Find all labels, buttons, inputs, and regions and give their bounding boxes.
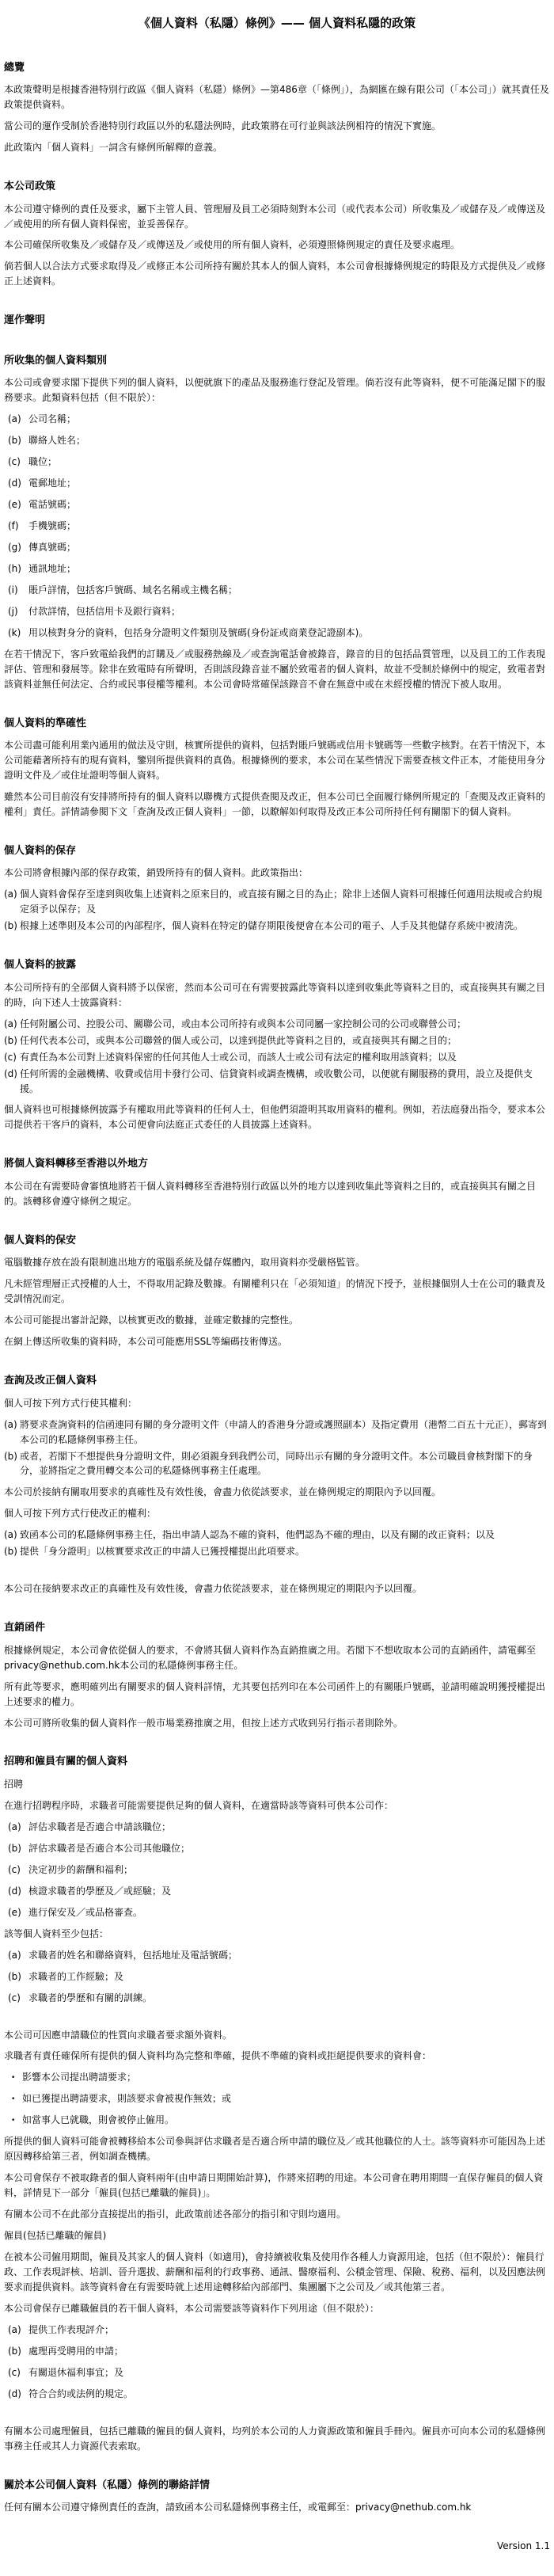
paragraph: 雖然本公司目前沒有安排將所持有的個人資料以聯機方式提供查閱及改正，但本公司已全面… <box>4 790 550 820</box>
item-label: (a) <box>4 1017 20 1032</box>
paragraph: 根據條例規定，本公司會依從個人的要求，不會將其個人資料作為直銷推廣之用。若閣下不… <box>4 1643 550 1673</box>
item-label: (b) <box>4 1033 20 1048</box>
list-item: (c)決定初步的薪酬和福利； <box>4 1863 550 1878</box>
item-text: 電郵地址； <box>28 476 550 491</box>
item-text: 求職者的姓名和聯絡資料，包括地址及電話號碼； <box>28 1948 550 1963</box>
list-item: (e)進行保安及／或品格審查。 <box>4 1905 550 1920</box>
section-heading: 個人資料的披露 <box>4 957 550 974</box>
item-label: (a) <box>4 1417 20 1433</box>
section: 將個人資料轉移至香港以外地方本公司在有需要時會審慎地將若干個人資料轉移至香港特別… <box>4 1156 550 1208</box>
section-heading: 直銷函件 <box>4 1620 550 1637</box>
list-item: (b)評估求職者是否適合本公司其他職位； <box>4 1841 550 1856</box>
list-item: (b)根據上述準則及本公司的內部程序，個人資料在特定的儲存期限後便會在本公司的電… <box>4 919 550 934</box>
paragraph: 此政策內「個人資料」一詞含有條例所解釋的意義。 <box>4 140 550 155</box>
version-label: Version 1.1 <box>4 2539 550 2554</box>
list-item: (a)求職者的姓名和聯絡資料，包括地址及電話號碼； <box>4 1948 550 1963</box>
item-text: 個人資料會保存至達到與收集上述資料之原來目的，或直接有關之目的為止；除非上述個人… <box>20 887 550 917</box>
list-item: (d)符合合約或法例的規定。 <box>4 2387 550 2402</box>
paragraph: 本公司確保所收集及／或儲存及／或傳送及／或使用的所有個人資料，必須遵照條例規定的… <box>4 238 550 253</box>
item-label: (a) <box>8 1820 28 1835</box>
section: 直銷函件根據條例規定，本公司會依從個人的要求，不會將其個人資料作為直銷推廣之用。… <box>4 1620 550 1730</box>
list-item: (g)傳真號碼； <box>4 540 550 555</box>
list-item: (b)任何代表本公司，或與本公司聯營的個人或公司，以達到提供此等資料之目的，或直… <box>4 1033 550 1048</box>
item-text: 根據上述準則及本公司的內部程序，個人資料在特定的儲存期限後便會在本公司的電子、人… <box>20 919 550 934</box>
section-heading: 關於本公司個人資料（私隱）條例的聯絡詳情 <box>4 2478 550 2494</box>
list-item: •影響本公司提出聘請要求； <box>4 2070 550 2085</box>
paragraph: 在網上傳送所收集的資料時，本公司可能應用SSL等編碼技術傳送。 <box>4 1334 550 1349</box>
item-text: 處理再受聘用的申請； <box>28 2344 550 2359</box>
item-text: 職位； <box>28 455 550 470</box>
item-text: 或者，若閣下不想提供身分證明文件，則必須親身到我們公司，同時出示有關的身分證明文… <box>20 1449 550 1479</box>
list-item: (b)或者，若閣下不想提供身分證明文件，則必須親身到我們公司，同時出示有關的身分… <box>4 1449 550 1479</box>
list-item: (a)公司名稱； <box>4 412 550 427</box>
paragraph: 所有此等要求，應明確列出有關要求的個人資料詳情，尤其要包括列印在本公司函件上的有… <box>4 1680 550 1710</box>
section-heading: 所收集的個人資料類別 <box>4 353 550 370</box>
item-text: 任何附屬公司、控股公司、關聯公司，或由本公司所持有或與本公司同屬一家控制公司的公… <box>20 1017 550 1032</box>
list-item: (a)致函本公司的私隱條例事務主任，指出申請人認為不確的資料，他們認為不確的理由… <box>4 1528 550 1543</box>
item-label: (b) <box>8 2344 28 2359</box>
item-label: (d) <box>8 476 28 491</box>
lettered-list: (a)評估求職者是否適合申請該職位；(b)評估求職者是否適合本公司其他職位；(c… <box>4 1820 550 1920</box>
paragraph: 本公司遵守條例的責任及要求，屬下主管人員、管理層及員工必須時刻對本公司（或代表本… <box>4 202 550 232</box>
item-text: 傳真號碼； <box>28 540 550 555</box>
item-text: 提供工作表現評介； <box>28 2323 550 2338</box>
paragraph: 凡未經管理層正式授權的人士，不得取用記錄及數據。有關權利只在「必須知道」的情況下… <box>4 1277 550 1307</box>
item-label: (c) <box>8 1991 28 2006</box>
item-label: (d) <box>8 2387 28 2402</box>
list-item: (c)求職者的學歷和有關的訓練。 <box>4 1991 550 2006</box>
paragraph: 本公司所持有的全部個人資料將予以保密，然而本公司可在有需要披露此等資料以達到收集… <box>4 980 550 1010</box>
item-text: 評估求職者是否適合申請該職位； <box>28 1820 550 1835</box>
item-label: (a) <box>4 1528 20 1543</box>
sub-heading: 僱員(包括已離職的僱員) <box>4 2228 550 2243</box>
list-item: (a)評估求職者是否適合申請該職位； <box>4 1820 550 1835</box>
item-text: 公司名稱； <box>28 412 550 427</box>
item-text: 用以核對身分的資料，包括身分證明文件類別及號碼(身份証或商業登記證副本)。 <box>28 626 550 641</box>
lettered-list: (a)求職者的姓名和聯絡資料，包括地址及電話號碼；(b)求職者的工作經驗；及(c… <box>4 1948 550 2006</box>
bullet-list: •影響本公司提出聘請要求；•如已獲提出聘請要求，則該要求會被視作無效；或•如當事… <box>4 2070 550 2128</box>
item-label: (b) <box>8 1841 28 1856</box>
section-heading: 總覽 <box>4 60 550 77</box>
item-text: 付款詳情，包括信用卡及銀行資料； <box>28 604 550 619</box>
paragraph: 本公司在有需要時會審慎地將若干個人資料轉移至香港特別行政區以外的地方以達到收集此… <box>4 1179 550 1209</box>
item-label: (c) <box>8 455 28 470</box>
list-item: •如當事人已就職，則會被停止僱用。 <box>4 2113 550 2128</box>
document-body: 總覽本政策聲明是根據香港特別行政區《個人資料（私隱）條例》—第486章（「條例」… <box>4 60 550 2515</box>
paragraph: 本公司會保存不被取錄者的個人資料兩年(由申請日期開始計算)，作將來招聘的用途。本… <box>4 2171 550 2201</box>
lettered-list: (a)致函本公司的私隱條例事務主任，指出申請人認為不確的資料，他們認為不確的理由… <box>4 1528 550 1559</box>
section: 查詢及改正個人資料個人可按下列方式行使其權利：(a)將要求查詢資料的信函連同有關… <box>4 1373 550 1596</box>
lettered-list: (a)提供工作表現評介；(b)處理再受聘用的申請；(c)有關退休福利事宜；及(d… <box>4 2323 550 2402</box>
item-text: 求職者的學歷和有關的訓練。 <box>28 1991 550 2006</box>
paragraph: 本公司可將所收集的個人資料作一般市場業務推廣之用，但按上述方式收到另行指示者則除… <box>4 1716 550 1731</box>
item-label: (f) <box>8 519 28 534</box>
section: 個人資料的保存本公司將會根據內部的保存政策，銷毀所持有的個人資料。此政策指出：(… <box>4 843 550 934</box>
paragraph: 本公司可因應申請職位的性質向求職者要求額外資料。 <box>4 2028 550 2043</box>
item-label: (k) <box>8 626 28 641</box>
item-label: (b) <box>4 1449 20 1464</box>
list-item: (d)電郵地址； <box>4 476 550 491</box>
paragraph: 本政策聲明是根據香港特別行政區《個人資料（私隱）條例》—第486章（「條例」），… <box>4 82 550 112</box>
item-label: (b) <box>8 433 28 448</box>
list-item: (f)手機號碼； <box>4 519 550 534</box>
section: 總覽本政策聲明是根據香港特別行政區《個人資料（私隱）條例》—第486章（「條例」… <box>4 60 550 155</box>
item-label: (c) <box>8 1863 28 1878</box>
list-item: (j)付款詳情，包括信用卡及銀行資料； <box>4 604 550 619</box>
item-text: 手機號碼； <box>28 519 550 534</box>
item-label: (c) <box>8 2365 28 2380</box>
section: 個人資料的準確性本公司盡可能利用業內通用的做法及守則，核實所提供的資料，包括對賬… <box>4 716 550 820</box>
paragraph: 有關本公司處理僱員，包括已離職的僱員的個人資料，均列於本公司的人力資源政策和僱員… <box>4 2424 550 2454</box>
lettered-list: (a)公司名稱；(b)聯絡人姓名；(c)職位；(d)電郵地址；(e)電話號碼；(… <box>4 412 550 640</box>
item-text: 如已獲提出聘請要求，則該要求會被視作無效；或 <box>22 2091 550 2106</box>
paragraph: 在進行招聘程序時，求職者可能需要提供足夠的個人資料，在適當時該等資料可供本公司作… <box>4 1798 550 1813</box>
item-text: 核證求職者的學歷及／或經驗；及 <box>28 1884 550 1899</box>
list-item: (k)用以核對身分的資料，包括身分證明文件類別及號碼(身份証或商業登記證副本)。 <box>4 626 550 641</box>
list-item: (i)賬戶詳情，包括客戶號碼、域名名稱或主機名稱； <box>4 583 550 598</box>
item-text: 將要求查詢資料的信函連同有關的身分證明文件（申請人的香港身分證或護照副本）及指定… <box>20 1417 550 1448</box>
item-label: (a) <box>4 887 20 902</box>
item-label: (b) <box>4 919 20 934</box>
paragraph: 本公司盡可能利用業內通用的做法及守則，核實所提供的資料，包括對賬戶號碼或信用卡號… <box>4 738 550 783</box>
list-item: (a)提供工作表現評介； <box>4 2323 550 2338</box>
item-label: (a) <box>8 1948 28 1963</box>
paragraph: 本公司在接納要求改正的真確性及有效性後，會盡力依從該要求，並在條例規定的期限內予… <box>4 1581 550 1596</box>
paragraph: 有關本公司不在此部分直接提出的指引，此政策前述各部分的指引和守則均適用。 <box>4 2207 550 2222</box>
section: 本公司政策本公司遵守條例的責任及要求，屬下主管人員、管理層及員工必須時刻對本公司… <box>4 179 550 289</box>
list-item: (b)聯絡人姓名； <box>4 433 550 448</box>
item-label: (e) <box>8 497 28 512</box>
item-label: (a) <box>8 412 28 427</box>
list-item: (a)將要求查詢資料的信函連同有關的身分證明文件（申請人的香港身分證或護照副本）… <box>4 1417 550 1448</box>
item-text: 影響本公司提出聘請要求； <box>22 2070 550 2085</box>
item-text: 符合合約或法例的規定。 <box>28 2387 550 2402</box>
list-item: (b)求職者的工作經驗；及 <box>4 1969 550 1984</box>
paragraph: 在若干情況下，客戶致電給我們的訂購及／或服務熱線及／或查詢電話會被錄音，錄音的目… <box>4 647 550 692</box>
item-text: 有關退休福利事宜；及 <box>28 2365 550 2380</box>
bullet-icon: • <box>11 2113 22 2126</box>
item-label: (e) <box>8 1905 28 1920</box>
lettered-list: (a)個人資料會保存至達到與收集上述資料之原來目的，或直接有關之目的為止；除非上… <box>4 887 550 934</box>
sub-heading: 招聘 <box>4 1777 550 1792</box>
section: 所收集的個人資料類別本公司或會要求閣下提供下列的個人資料，以便就旗下的產品及服務… <box>4 353 550 692</box>
section-heading: 個人資料的準確性 <box>4 716 550 732</box>
paragraph: 任何有關本公司遵守條例責任的查詢，請致函本公司私隱條例事務主任，或電郵至：pri… <box>4 2500 550 2515</box>
section: 關於本公司個人資料（私隱）條例的聯絡詳情任何有關本公司遵守條例責任的查詢，請致函… <box>4 2478 550 2515</box>
list-item: (c)有關退休福利事宜；及 <box>4 2365 550 2380</box>
list-item: (a)個人資料會保存至達到與收集上述資料之原來目的，或直接有關之目的為止；除非上… <box>4 887 550 917</box>
item-label: (d) <box>8 1884 28 1899</box>
item-text: 提供「身分證明」以核實要求改正的申請人已獲授權提出此項要求。 <box>20 1544 550 1559</box>
paragraph: 本公司可能提出審計記錄，以核實更改的數據，並確定數據的完整性。 <box>4 1313 550 1328</box>
list-item: (c)職位； <box>4 455 550 470</box>
section-heading: 本公司政策 <box>4 179 550 196</box>
item-label: (i) <box>8 583 28 598</box>
item-text: 通訊地址； <box>28 561 550 576</box>
paragraph: 電腦數據存放在設有限制進出地方的電腦系統及儲存媒體內，取用資料亦受嚴格監管。 <box>4 1255 550 1270</box>
section: 個人資料的披露本公司所持有的全部個人資料將予以保密，然而本公司可在有需要披露此等… <box>4 957 550 1132</box>
section: 招聘和僱員有關的個人資料招聘在進行招聘程序時，求職者可能需要提供足夠的個人資料，… <box>4 1754 550 2453</box>
section-heading: 將個人資料轉移至香港以外地方 <box>4 1156 550 1173</box>
item-text: 進行保安及／或品格審查。 <box>28 1905 550 1920</box>
item-label: (j) <box>8 604 28 619</box>
policy-document: 《個人資料（私隱）條例》—— 個人資料私隱的政策 總覽本政策聲明是根據香港特別行… <box>0 0 554 2576</box>
item-label: (h) <box>8 561 28 576</box>
item-label: (g) <box>8 540 28 555</box>
item-text: 任何所需的金融機構、收費或信用卡發行公司、信貸資料或調查機構，或收數公司，以便就… <box>20 1067 550 1097</box>
item-label: (b) <box>8 1969 28 1984</box>
paragraph: 本公司於接納有關取用要求的真確性及有效性後，會盡力依從該要求，並在條例規定的期限… <box>4 1485 550 1500</box>
paragraph: 本公司將會根據內部的保存政策，銷毀所持有的個人資料。此政策指出： <box>4 866 550 881</box>
item-text: 致函本公司的私隱條例事務主任，指出申請人認為不確的資料，他們認為不確的理由，以及… <box>20 1528 550 1543</box>
paragraph: 求職者有責任確保所有提供的個人資料均為完整和準確，提供不準確的資料或拒絕提供要求… <box>4 2049 550 2064</box>
paragraph: 當公司的運作受制於香港特別行政區以外的私隱法例時，此政策將在可行並與該法例相符的… <box>4 119 550 134</box>
list-item: (c)有責任為本公司對上述資料保密的任何其他人士或公司，而該人士或公司有法定的權… <box>4 1050 550 1065</box>
list-item: (b)提供「身分證明」以核實要求改正的申請人已獲授權提出此項要求。 <box>4 1544 550 1559</box>
item-text: 評估求職者是否適合本公司其他職位； <box>28 1841 550 1856</box>
section-heading: 查詢及改正個人資料 <box>4 1373 550 1390</box>
list-item: •如已獲提出聘請要求，則該要求會被視作無效；或 <box>4 2091 550 2106</box>
lettered-list: (a)將要求查詢資料的信函連同有關的身分證明文件（申請人的香港身分證或護照副本）… <box>4 1417 550 1479</box>
paragraph: 所提供的個人資料可能會被轉移給本公司參與評估求職者是否適合所申請的職位及／或其他… <box>4 2134 550 2164</box>
list-item: (d)核證求職者的學歷及／或經驗；及 <box>4 1884 550 1899</box>
item-text: 有責任為本公司對上述資料保密的任何其他人士或公司，而該人士或公司有法定的權利取用… <box>20 1050 550 1065</box>
item-label: (b) <box>4 1544 20 1559</box>
list-item: (b)處理再受聘用的申請； <box>4 2344 550 2359</box>
item-text: 求職者的工作經驗；及 <box>28 1969 550 1984</box>
document-title: 《個人資料（私隱）條例》—— 個人資料私隱的政策 <box>4 14 550 33</box>
paragraph: 個人可按下列方式行使改正的權利： <box>4 1506 550 1521</box>
section: 個人資料的保安電腦數據存放在設有限制進出地方的電腦系統及儲存媒體內，取用資料亦受… <box>4 1233 550 1349</box>
item-text: 任何代表本公司，或與本公司聯營的個人或公司，以達到提供此等資料之目的，或直接與其… <box>20 1033 550 1048</box>
bullet-icon: • <box>11 2091 22 2105</box>
item-text: 聯絡人姓名； <box>28 433 550 448</box>
paragraph: 該等個人資料至少包括： <box>4 1927 550 1942</box>
paragraph: 倘若個人以合法方式要求取得及／或修正本公司所持有關於其本人的個人資料，本公司會根… <box>4 259 550 289</box>
item-text: 決定初步的薪酬和福利； <box>28 1863 550 1878</box>
item-label: (d) <box>4 1067 20 1082</box>
item-text: 電話號碼； <box>28 497 550 512</box>
list-item: (e)電話號碼； <box>4 497 550 512</box>
section-heading: 個人資料的保安 <box>4 1233 550 1250</box>
paragraph: 個人資料也可根據條例披露予有權取用此等資料的任何人士，但他們須證明其取用資料的權… <box>4 1102 550 1132</box>
item-label: (a) <box>8 2323 28 2338</box>
section: 運作聲明 <box>4 313 550 329</box>
section-heading: 招聘和僱員有關的個人資料 <box>4 1754 550 1771</box>
list-item: (d)任何所需的金融機構、收費或信用卡發行公司、信貸資料或調查機構，或收數公司，… <box>4 1067 550 1097</box>
paragraph: 個人可按下列方式行使其權利： <box>4 1396 550 1411</box>
lettered-list: (a)任何附屬公司、控股公司、關聯公司，或由本公司所持有或與本公司同屬一家控制公… <box>4 1017 550 1097</box>
item-text: 如當事人已就職，則會被停止僱用。 <box>22 2113 550 2128</box>
section-heading: 個人資料的保存 <box>4 843 550 860</box>
section-heading: 運作聲明 <box>4 313 550 329</box>
item-label: (c) <box>4 1050 20 1065</box>
item-text: 賬戶詳情，包括客戶號碼、域名名稱或主機名稱； <box>28 583 550 598</box>
paragraph: 本公司會保存已離職僱員的若干個人資料，本公司需要該等資料作下列用途（但不限於）： <box>4 2301 550 2316</box>
bullet-icon: • <box>11 2070 22 2083</box>
paragraph: 本公司或會要求閣下提供下列的個人資料，以便就旗下的產品及服務進行登記及管理。倘若… <box>4 375 550 405</box>
list-item: (h)通訊地址； <box>4 561 550 576</box>
list-item: (a)任何附屬公司、控股公司、關聯公司，或由本公司所持有或與本公司同屬一家控制公… <box>4 1017 550 1032</box>
paragraph: 在被本公司僱用期間，僱員及其家人的個人資料（如適用)，會持續被收集及使用作各種人… <box>4 2250 550 2295</box>
